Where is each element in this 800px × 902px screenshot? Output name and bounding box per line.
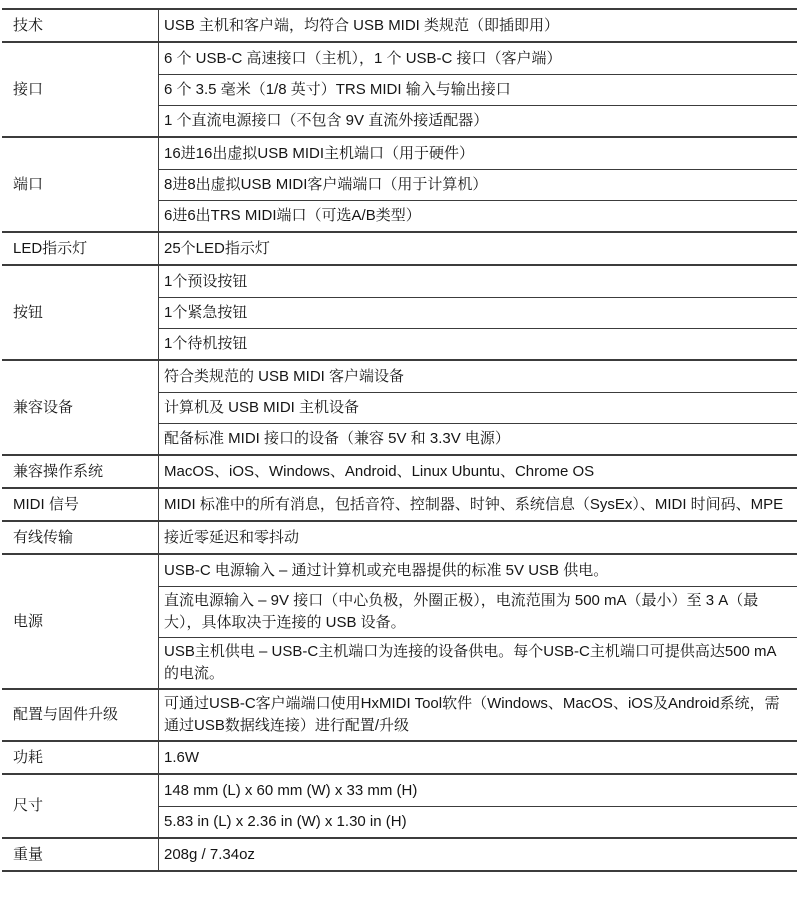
spec-row-connectors: 接口 6 个 USB-C 高速接口（主机），1 个 USB-C 接口（客户端） … bbox=[2, 41, 797, 136]
spec-row-midi-signals: MIDI 信号 MIDI 标准中的所有消息，包括音符、控制器、时钟、系统信息（S… bbox=[2, 487, 797, 520]
spec-row-technology: 技术 USB 主机和客户端，均符合 USB MIDI 类规范（即插即用） bbox=[2, 10, 797, 41]
spec-label: 按钮 bbox=[2, 266, 158, 359]
spec-values: 6 个 USB-C 高速接口（主机），1 个 USB-C 接口（客户端） 6 个… bbox=[158, 43, 797, 136]
spec-value: 1 个直流电源接口（不包含 9V 直流外接适配器） bbox=[159, 105, 797, 136]
spec-row-wired-transfer: 有线传输 接近零延迟和零抖动 bbox=[2, 520, 797, 553]
spec-values: 可通过USB-C客户端端口使用HxMIDI Tool软件（Windows、Mac… bbox=[158, 690, 797, 740]
spec-value: MIDI 标准中的所有消息，包括音符、控制器、时钟、系统信息（SysEx）、MI… bbox=[159, 489, 797, 520]
spec-row-buttons: 按钮 1个预设按钮 1个紧急按钮 1个待机按钮 bbox=[2, 264, 797, 359]
spec-label: 兼容设备 bbox=[2, 361, 158, 454]
spec-label: 尺寸 bbox=[2, 775, 158, 837]
spec-value: 208g / 7.34oz bbox=[159, 839, 797, 870]
spec-value: USB-C 电源输入 – 通过计算机或充电器提供的标准 5V USB 供电。 bbox=[159, 555, 797, 586]
spec-value: 5.83 in (L) x 2.36 in (W) x 1.30 in (H) bbox=[159, 806, 797, 837]
spec-values: USB-C 电源输入 – 通过计算机或充电器提供的标准 5V USB 供电。 直… bbox=[158, 555, 797, 688]
spec-label: LED指示灯 bbox=[2, 233, 158, 264]
spec-value: 25个LED指示灯 bbox=[159, 233, 797, 264]
spec-row-power-consumption: 功耗 1.6W bbox=[2, 740, 797, 773]
spec-value: 计算机及 USB MIDI 主机设备 bbox=[159, 392, 797, 423]
spec-row-ports: 端口 16进16出虚拟USB MIDI主机端口（用于硬件） 8进8出虚拟USB … bbox=[2, 136, 797, 231]
spec-label: 重量 bbox=[2, 839, 158, 870]
spec-label: 电源 bbox=[2, 555, 158, 688]
spec-value: USB主机供电 – USB-C主机端口为连接的设备供电。每个USB-C主机端口可… bbox=[159, 637, 797, 688]
spec-value: 148 mm (L) x 60 mm (W) x 33 mm (H) bbox=[159, 775, 797, 806]
spec-values: 接近零延迟和零抖动 bbox=[158, 522, 797, 553]
spec-values: USB 主机和客户端，均符合 USB MIDI 类规范（即插即用） bbox=[158, 10, 797, 41]
spec-value: USB 主机和客户端，均符合 USB MIDI 类规范（即插即用） bbox=[159, 10, 797, 41]
spec-value: 直流电源输入 – 9V 接口（中心负极，外圈正极），电流范围为 500 mA（最… bbox=[159, 586, 797, 637]
spec-row-compatible-os: 兼容操作系统 MacOS、iOS、Windows、Android、Linux U… bbox=[2, 454, 797, 487]
spec-values: 25个LED指示灯 bbox=[158, 233, 797, 264]
spec-label: 配置与固件升级 bbox=[2, 690, 158, 740]
spec-values: MacOS、iOS、Windows、Android、Linux Ubuntu、C… bbox=[158, 456, 797, 487]
spec-value: 16进16出虚拟USB MIDI主机端口（用于硬件） bbox=[159, 138, 797, 169]
spec-value: 1个预设按钮 bbox=[159, 266, 797, 297]
spec-values: 148 mm (L) x 60 mm (W) x 33 mm (H) 5.83 … bbox=[158, 775, 797, 837]
spec-value: 可通过USB-C客户端端口使用HxMIDI Tool软件（Windows、Mac… bbox=[159, 690, 797, 740]
spec-label: 技术 bbox=[2, 10, 158, 41]
spec-value: 6 个 USB-C 高速接口（主机），1 个 USB-C 接口（客户端） bbox=[159, 43, 797, 74]
spec-value: MacOS、iOS、Windows、Android、Linux Ubuntu、C… bbox=[159, 456, 797, 487]
spec-label: 功耗 bbox=[2, 742, 158, 773]
spec-label: 兼容操作系统 bbox=[2, 456, 158, 487]
spec-value: 6进6出TRS MIDI端口（可选A/B类型） bbox=[159, 200, 797, 231]
spec-values: 208g / 7.34oz bbox=[158, 839, 797, 870]
spec-value: 符合类规范的 USB MIDI 客户端设备 bbox=[159, 361, 797, 392]
spec-values: MIDI 标准中的所有消息，包括音符、控制器、时钟、系统信息（SysEx）、MI… bbox=[158, 489, 797, 520]
spec-table: 技术 USB 主机和客户端，均符合 USB MIDI 类规范（即插即用） 接口 … bbox=[2, 8, 797, 872]
spec-value: 1个待机按钮 bbox=[159, 328, 797, 359]
spec-row-dimensions: 尺寸 148 mm (L) x 60 mm (W) x 33 mm (H) 5.… bbox=[2, 773, 797, 837]
spec-value: 接近零延迟和零抖动 bbox=[159, 522, 797, 553]
spec-values: 符合类规范的 USB MIDI 客户端设备 计算机及 USB MIDI 主机设备… bbox=[158, 361, 797, 454]
spec-value: 1.6W bbox=[159, 742, 797, 773]
spec-label: MIDI 信号 bbox=[2, 489, 158, 520]
spec-values: 1个预设按钮 1个紧急按钮 1个待机按钮 bbox=[158, 266, 797, 359]
spec-value: 1个紧急按钮 bbox=[159, 297, 797, 328]
spec-values: 16进16出虚拟USB MIDI主机端口（用于硬件） 8进8出虚拟USB MID… bbox=[158, 138, 797, 231]
spec-values: 1.6W bbox=[158, 742, 797, 773]
spec-label: 接口 bbox=[2, 43, 158, 136]
spec-row-power: 电源 USB-C 电源输入 – 通过计算机或充电器提供的标准 5V USB 供电… bbox=[2, 553, 797, 688]
spec-label: 有线传输 bbox=[2, 522, 158, 553]
spec-row-compatible-devices: 兼容设备 符合类规范的 USB MIDI 客户端设备 计算机及 USB MIDI… bbox=[2, 359, 797, 454]
spec-value: 配备标准 MIDI 接口的设备（兼容 5V 和 3.3V 电源） bbox=[159, 423, 797, 454]
spec-row-config-firmware: 配置与固件升级 可通过USB-C客户端端口使用HxMIDI Tool软件（Win… bbox=[2, 688, 797, 740]
spec-value: 6 个 3.5 毫米（1/8 英寸）TRS MIDI 输入与输出接口 bbox=[159, 74, 797, 105]
spec-row-led: LED指示灯 25个LED指示灯 bbox=[2, 231, 797, 264]
spec-row-weight: 重量 208g / 7.34oz bbox=[2, 837, 797, 870]
spec-label: 端口 bbox=[2, 138, 158, 231]
spec-value: 8进8出虚拟USB MIDI客户端端口（用于计算机） bbox=[159, 169, 797, 200]
